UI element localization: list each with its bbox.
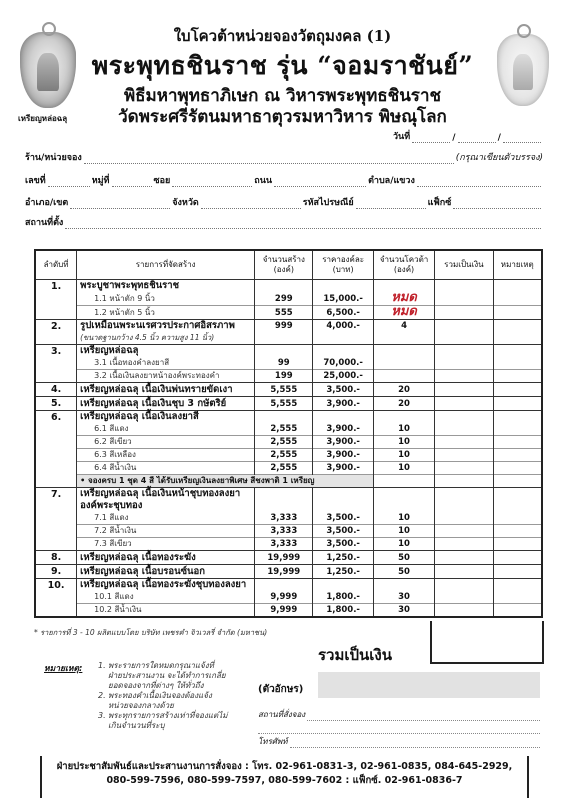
table-row: 9.เหรียญหล่อฉลุ เนื้อบรอนซ์นอก19,9991,25… (35, 565, 542, 579)
qty-cell: 9,999 (255, 591, 313, 604)
remark-cell[interactable] (493, 475, 542, 488)
province-label: จังหวัด (172, 195, 199, 209)
location-row: สถานที่ตั้ง (25, 215, 543, 229)
table-row: 8.เหรียญหล่อฉลุ เนื้อทองระฆัง19,9991,250… (35, 551, 542, 565)
sub-item-label: 7.2 สีน้ำเงิน (77, 525, 255, 538)
remark-number: 2. (98, 691, 108, 711)
price-cell: 3,500.- (313, 525, 373, 538)
sub-item-text: 7.2 สีน้ำเงิน (80, 526, 136, 535)
sub-item-label: 6.3 สีเหลือง (77, 449, 255, 462)
remark-cell[interactable] (493, 512, 542, 525)
table-row: 6.1 สีแดง2,5553,900.-10 (35, 423, 542, 436)
table-row: 1.2 หน้าตัก 5 นิ้ว5556,500.-หมด (35, 306, 542, 320)
subtitle-temple: วัดพระศรีรัตนมหาธาตุวรมหาวิหาร พิษณุโลก (0, 103, 565, 130)
row-number: 2. (35, 320, 77, 345)
qty-cell: 555 (255, 306, 313, 320)
column-header: จำนวนโควต้า (องค์) (373, 250, 434, 280)
quota-cell[interactable]: 4 (373, 320, 434, 333)
qty-cell (255, 579, 313, 592)
date-label: วันที่ (393, 129, 410, 143)
qty-cell: 3,333 (255, 525, 313, 538)
qty-cell (255, 411, 313, 424)
sub-item-text: 1.2 หน้าตัก 5 นิ้ว (80, 308, 155, 317)
phone-field[interactable] (290, 739, 541, 748)
empty-cell[interactable] (493, 500, 542, 512)
total-cell[interactable] (435, 292, 493, 306)
subdistrict-field[interactable] (417, 177, 541, 187)
quota-cell[interactable] (373, 579, 434, 592)
table-row: 6.3 สีเหลือง2,5553,900.-10 (35, 449, 542, 462)
row-title: เหรียญหล่อฉลุ เนื้อเงินหน้าชุบทองลงยา (77, 488, 255, 501)
qty-cell: 19,999 (255, 565, 313, 579)
sub-item-text: 7.1 สีแดง (80, 513, 128, 522)
price-cell: 1,800.- (313, 604, 373, 618)
remark-cell[interactable] (493, 383, 542, 397)
promo-note: • จองครบ 1 ชุด 4 สี ได้รับเหรียญเงินลงยา… (77, 475, 374, 488)
sub-item-label: 7.3 สีเขียว (77, 538, 255, 551)
quota-cell[interactable]: 50 (373, 565, 434, 579)
row-note: (ขนาดฐานกว้าง 4.5 นิ้ว ความสูง 11 นิ้ว) (77, 332, 255, 345)
column-header: หมายเหตุ (493, 250, 542, 280)
remark-cell[interactable] (493, 345, 542, 358)
remark-cell[interactable] (493, 306, 542, 320)
item-title: พระบูชาพระพุทธชินราช (80, 280, 179, 291)
house-no-label: เลขที่ (25, 173, 46, 187)
sub-item-label: 3.1 เนื้อทองคำลงยาสี (77, 357, 255, 370)
sub-item-text: 6.4 สีน้ำเงิน (80, 463, 136, 472)
table-row: 2.รูปเหมือนพระนเรศวรประกาศอิสรภาพ9994,00… (35, 320, 542, 333)
quota-cell[interactable]: 10 (373, 423, 434, 436)
table-row: 7.3 สีเขียว3,3333,500.-10 (35, 538, 542, 551)
row-number: 6. (35, 411, 77, 488)
sold-out-stamp: หมด (391, 304, 417, 319)
sub-item-label: 6.4 สีน้ำเงิน (77, 462, 255, 475)
remark-text: พระทองคำเนื้อเงินจองต้องแจ้งหน่วยจองกลาง… (108, 691, 228, 711)
address-row-1: เลขที่ หมู่ที่ ซอย ถนน ตำบล/แขวง (25, 173, 543, 187)
total-cell[interactable] (435, 320, 493, 333)
price-cell: 3,500.- (313, 383, 373, 397)
price-cell: 1,800.- (313, 591, 373, 604)
remark-item: 3.พระทุกรายการสร้างเท่าที่จองแต่ไม่เกินจ… (98, 711, 228, 731)
contact-line-1: ฝ่ายประชาสัมพันธ์และประสานงานการสั่งจอง … (42, 760, 527, 774)
price-cell: 3,500.- (313, 512, 373, 525)
price-cell: 25,000.- (313, 370, 373, 383)
quota-cell[interactable]: 10 (373, 462, 434, 475)
place-row: สถานที่สั่งจอง (258, 709, 540, 721)
item-title: เหรียญหล่อฉลุ เนื้อเงินพ่นทรายขัดเงา (80, 384, 232, 395)
column-header: ราคาองค์ละ (บาท) (313, 250, 373, 280)
total-cell[interactable] (435, 383, 493, 397)
shop-field[interactable] (84, 154, 454, 164)
qty-cell: 3,333 (255, 538, 313, 551)
row-number: 8. (35, 551, 77, 565)
sub-item-text: 6.3 สีเหลือง (80, 450, 136, 459)
row-number: 7. (35, 488, 77, 551)
place-field[interactable] (307, 712, 540, 721)
total-cell[interactable] (435, 449, 493, 462)
row-number: 5. (35, 397, 77, 411)
item-title: เหรียญหล่อฉลุ เนื้อเงินชุบ 3 กษัตริย์ (80, 398, 226, 409)
empty-cell (255, 332, 313, 345)
quota-cell[interactable]: 10 (373, 436, 434, 449)
item-note: (ขนาดฐานกว้าง 4.5 นิ้ว ความสูง 11 นิ้ว) (80, 333, 214, 342)
house-no-field[interactable] (48, 177, 90, 187)
quota-value: 30 (398, 592, 410, 602)
remark-cell[interactable] (493, 436, 542, 449)
amount-in-words-field[interactable] (318, 672, 540, 698)
price-cell: 3,900.- (313, 436, 373, 449)
quota-value: 30 (398, 605, 410, 615)
total-cell[interactable] (435, 551, 493, 565)
row-title: เหรียญหล่อฉลุ เนื้อเงินชุบ 3 กษัตริย์ (77, 397, 255, 411)
remark-cell[interactable] (493, 411, 542, 424)
remark-cell[interactable] (493, 292, 542, 306)
quota-value: 10 (398, 450, 410, 460)
empty-cell (313, 332, 373, 345)
sub-item-text: 10.1 สีแดง (80, 592, 134, 601)
total-cell[interactable] (435, 411, 493, 424)
postcode-label: รหัสไปรษณีย์ (303, 195, 354, 209)
table-row: • จองครบ 1 ชุด 4 สี ได้รับเหรียญเงินลงยา… (35, 475, 542, 488)
price-cell (313, 488, 373, 501)
quota-value: 10 (398, 513, 410, 523)
row-number: 9. (35, 565, 77, 579)
remark-cell[interactable] (493, 462, 542, 475)
road-field[interactable] (274, 177, 366, 187)
date-day-field[interactable] (412, 133, 450, 143)
price-cell: 3,900.- (313, 423, 373, 436)
shop-row: ร้าน/หน่วยจอง (กรุณาเขียนตัวบรรจง) (25, 150, 543, 164)
province-field[interactable] (201, 199, 301, 209)
qty-cell (255, 280, 313, 293)
remarks-list: 1.พระรายการใดหมดกรุณาแจ้งที่ ฝ่ายประสานง… (98, 661, 228, 731)
price-cell: 3,900.- (313, 449, 373, 462)
remark-cell[interactable] (493, 357, 542, 370)
fax-label: แฟ็กซ์ (428, 195, 452, 209)
sub-item-label: 10.2 สีน้ำเงิน (77, 604, 255, 618)
sub-item-label: 10.1 สีแดง (77, 591, 255, 604)
remark-cell[interactable] (493, 538, 542, 551)
footnote: * รายการที่ 3 - 10 ผลิตแบบโดย บริษัท เพช… (34, 627, 267, 639)
quota-value: 10 (398, 437, 410, 447)
empty-cell[interactable] (373, 332, 434, 345)
subdistrict-label: ตำบล/แขวง (368, 173, 415, 187)
sub-item-text: 6.2 สีเขียว (80, 437, 132, 446)
qty-cell: 2,555 (255, 423, 313, 436)
qty-cell: 19,999 (255, 551, 313, 565)
quota-cell[interactable]: หมด (373, 306, 434, 320)
remark-cell[interactable] (493, 591, 542, 604)
remark-cell[interactable] (493, 449, 542, 462)
quota-cell[interactable] (373, 345, 434, 358)
postcode-field[interactable] (356, 199, 426, 209)
quota-cell[interactable] (373, 357, 434, 370)
price-cell: 15,000.- (313, 292, 373, 306)
table-row: 10.เหรียญหล่อฉลุ เนื้อทองระฆังชุบทองลงยา (35, 579, 542, 592)
empty-cell[interactable] (435, 500, 493, 512)
quota-cell[interactable]: 10 (373, 525, 434, 538)
total-cell[interactable] (435, 604, 493, 618)
quota-cell[interactable]: 30 (373, 604, 434, 618)
shop-label: ร้าน/หน่วยจอง (25, 150, 82, 164)
qty-cell: 5,555 (255, 383, 313, 397)
qty-cell: 2,555 (255, 462, 313, 475)
item-title: เหรียญหล่อฉลุ เนื้อทองระฆังชุบทองลงยา (80, 579, 246, 590)
table-row: 3.1 เนื้อทองคำลงยาสี9970,000.- (35, 357, 542, 370)
date-year-field[interactable] (503, 133, 541, 143)
price-cell: 1,250.- (313, 565, 373, 579)
price-cell (313, 280, 373, 293)
date-month-field[interactable] (458, 133, 496, 143)
remark-cell[interactable] (493, 397, 542, 411)
column-header: ลำดับที่ (35, 250, 77, 280)
total-cell[interactable] (435, 525, 493, 538)
qty-cell: 999 (255, 320, 313, 333)
remark-number: 3. (98, 711, 108, 731)
item-title: เหรียญหล่อฉลุ เนื้อบรอนซ์นอก (80, 566, 205, 577)
qty-cell: 9,999 (255, 604, 313, 618)
remark-cell[interactable] (493, 565, 542, 579)
item-title: เหรียญหล่อฉลุ (80, 345, 138, 356)
remark-cell[interactable] (493, 551, 542, 565)
total-cell[interactable] (435, 488, 493, 501)
row-number: 10. (35, 579, 77, 618)
row-title: รูปเหมือนพระนเรศวรประกาศอิสรภาพ (77, 320, 255, 333)
total-label: รวมเป็นเงิน (318, 643, 392, 667)
table-row: 5.เหรียญหล่อฉลุ เนื้อเงินชุบ 3 กษัตริย์5… (35, 397, 542, 411)
amount-in-words-label: (ตัวอักษร) (258, 682, 303, 697)
table-row: 3.เหรียญหล่อฉลุ (35, 345, 542, 358)
price-cell: 1,250.- (313, 551, 373, 565)
remark-cell[interactable] (493, 525, 542, 538)
price-cell: 3,900.- (313, 462, 373, 475)
total-cell[interactable] (435, 357, 493, 370)
form-title: ใบโควต้าหน่วยจองวัตถุมงคล (1) (0, 24, 565, 48)
total-cell[interactable] (435, 370, 493, 383)
order-table: ลำดับที่รายการที่จัดสร้างจำนวนสร้าง (องค… (34, 249, 543, 618)
sub-item-label: 3.2 เนื้อเงินลงยาหน้าองค์พระทองคำ (77, 370, 255, 383)
total-cell[interactable] (435, 475, 493, 488)
total-amount-field[interactable] (430, 621, 544, 664)
total-cell[interactable] (435, 280, 493, 293)
price-cell (313, 411, 373, 424)
sub-item-label: 1.1 หน้าตัก 9 นิ้ว (77, 292, 255, 306)
remarks-title: หมายเหตุ: (44, 661, 82, 675)
soi-label: ซอย (154, 173, 171, 187)
quota-value: 10 (398, 424, 410, 434)
total-cell[interactable] (435, 462, 493, 475)
fax-field[interactable] (453, 199, 541, 209)
price-cell (313, 345, 373, 358)
price-cell: 3,900.- (313, 397, 373, 411)
price-cell: 6,500.- (313, 306, 373, 320)
quota-cell[interactable] (373, 488, 434, 501)
place-row-2 (258, 722, 540, 734)
price-cell: 4,000.- (313, 320, 373, 333)
item-title-2: องค์พระชุบทอง (80, 500, 142, 511)
qty-cell: 5,555 (255, 397, 313, 411)
quota-cell[interactable]: 10 (373, 512, 434, 525)
empty-cell[interactable] (435, 332, 493, 345)
table-row: องค์พระชุบทอง (35, 500, 542, 512)
sub-item-text: 3.1 เนื้อทองคำลงยาสี (80, 358, 169, 367)
remark-cell[interactable] (493, 280, 542, 293)
soi-field[interactable] (172, 177, 252, 187)
phone-row: โทรศัพท์ (258, 736, 540, 748)
qty-cell: 2,555 (255, 449, 313, 462)
remark-number: 1. (98, 661, 108, 691)
table-row: 6.2 สีเขียว2,5553,900.-10 (35, 436, 542, 449)
district-field[interactable] (70, 199, 170, 209)
total-cell[interactable] (435, 591, 493, 604)
remark-text: พระรายการใดหมดกรุณาแจ้งที่ ฝ่ายประสานงาน… (108, 661, 228, 691)
remark-item: 1.พระรายการใดหมดกรุณาแจ้งที่ ฝ่ายประสานง… (98, 661, 228, 691)
row-title: เหรียญหล่อฉลุ เนื้อบรอนซ์นอก (77, 565, 255, 579)
row-number: 4. (35, 383, 77, 397)
row-title: พระบูชาพระพุทธชินราช (77, 280, 255, 293)
remark-cell[interactable] (493, 370, 542, 383)
sold-out-stamp: หมด (391, 290, 417, 305)
sub-item-label: 6.2 สีเขียว (77, 436, 255, 449)
remark-text: พระทุกรายการสร้างเท่าที่จองแต่ไม่เกินจำน… (108, 711, 228, 731)
contact-info: ฝ่ายประชาสัมพันธ์และประสานงานการสั่งจอง … (40, 756, 529, 798)
table-row: 7.เหรียญหล่อฉลุ เนื้อเงินหน้าชุบทองลงยา (35, 488, 542, 501)
qty-cell (255, 488, 313, 501)
total-cell[interactable] (435, 538, 493, 551)
road-label: ถนน (254, 173, 272, 187)
row-number: 1. (35, 280, 77, 320)
table-row: 10.1 สีแดง9,9991,800.-30 (35, 591, 542, 604)
qty-cell: 99 (255, 357, 313, 370)
item-title: เหรียญหล่อฉลุ เนื้อเงินลงยาสี (80, 411, 199, 422)
sub-item-text: 6.1 สีแดง (80, 424, 128, 433)
place-field-2[interactable] (258, 725, 540, 734)
price-cell: 3,500.- (313, 538, 373, 551)
table-row: (ขนาดฐานกว้าง 4.5 นิ้ว ความสูง 11 นิ้ว) (35, 332, 542, 345)
table-row: 7.1 สีแดง3,3333,500.-10 (35, 512, 542, 525)
sub-item-text: 3.2 เนื้อเงินลงยาหน้าองค์พระทองคำ (80, 371, 219, 380)
total-cell[interactable] (435, 306, 493, 320)
sub-item-label: 6.1 สีแดง (77, 423, 255, 436)
location-label: สถานที่ตั้ง (25, 215, 63, 229)
qty-cell: 2,555 (255, 436, 313, 449)
qty-cell (255, 345, 313, 358)
item-title: เหรียญหล่อฉลุ เนื้อทองระฆัง (80, 552, 196, 563)
column-header: จำนวนสร้าง (องค์) (255, 250, 313, 280)
place-label: สถานที่สั่งจอง (258, 708, 305, 721)
total-cell[interactable] (435, 345, 493, 358)
quota-cell[interactable]: 20 (373, 397, 434, 411)
column-header: รวมเป็นเงิน (435, 250, 493, 280)
qty-cell: 299 (255, 292, 313, 306)
row-title: เหรียญหล่อฉลุ เนื้อเงินลงยาสี (77, 411, 255, 424)
table-row: 3.2 เนื้อเงินลงยาหน้าองค์พระทองคำ19925,0… (35, 370, 542, 383)
empty-cell (255, 500, 313, 512)
shop-hint: (กรุณาเขียนตัวบรรจง) (456, 150, 543, 164)
remark-cell[interactable] (493, 579, 542, 592)
row-title: เหรียญหล่อฉลุ (77, 345, 255, 358)
quota-value: 10 (398, 526, 410, 536)
total-cell[interactable] (435, 436, 493, 449)
empty-cell (313, 500, 373, 512)
total-cell[interactable] (435, 512, 493, 525)
quota-cell[interactable]: 50 (373, 551, 434, 565)
moo-field[interactable] (112, 177, 152, 187)
total-cell[interactable] (435, 579, 493, 592)
sub-item-text: 1.1 หน้าตัก 9 นิ้ว (80, 294, 155, 303)
quota-cell[interactable]: 20 (373, 383, 434, 397)
empty-cell[interactable] (373, 500, 434, 512)
price-cell (313, 579, 373, 592)
row-title-cont: องค์พระชุบทอง (77, 500, 255, 512)
table-row: 6.4 สีน้ำเงิน2,5553,900.-10 (35, 462, 542, 475)
quota-cell[interactable] (373, 411, 434, 424)
remark-cell[interactable] (493, 423, 542, 436)
table-row: 10.2 สีน้ำเงิน9,9991,800.-30 (35, 604, 542, 618)
column-header: รายการที่จัดสร้าง (77, 250, 255, 280)
total-cell[interactable] (435, 423, 493, 436)
item-title: รูปเหมือนพระนเรศวรประกาศอิสรภาพ (80, 320, 235, 331)
sub-item-label: 1.2 หน้าตัก 5 นิ้ว (77, 306, 255, 320)
phone-label: โทรศัพท์ (258, 735, 288, 748)
row-title: เหรียญหล่อฉลุ เนื้อทองระฆัง (77, 551, 255, 565)
remark-cell[interactable] (493, 320, 542, 333)
quota-cell[interactable]: 10 (373, 538, 434, 551)
table-row: 6.เหรียญหล่อฉลุ เนื้อเงินลงยาสี (35, 411, 542, 424)
remark-cell[interactable] (493, 604, 542, 618)
table-row: 1.พระบูชาพระพุทธชินราช (35, 280, 542, 293)
quota-cell[interactable]: 10 (373, 449, 434, 462)
total-cell[interactable] (435, 565, 493, 579)
row-title: เหรียญหล่อฉลุ เนื้อทองระฆังชุบทองลงยา (77, 579, 255, 592)
qty-cell: 199 (255, 370, 313, 383)
quota-cell[interactable] (373, 370, 434, 383)
table-header-row: ลำดับที่รายการที่จัดสร้างจำนวนสร้าง (องค… (35, 250, 542, 280)
empty-cell[interactable] (493, 332, 542, 345)
district-label: อำเภอ/เขต (25, 195, 68, 209)
table-row: 7.2 สีน้ำเงิน3,3333,500.-10 (35, 525, 542, 538)
sub-item-text: 10.2 สีน้ำเงิน (80, 605, 141, 614)
table-row: 4.เหรียญหล่อฉลุ เนื้อเงินพ่นทรายขัดเงา5,… (35, 383, 542, 397)
quota-cell[interactable]: 30 (373, 591, 434, 604)
price-cell: 70,000.- (313, 357, 373, 370)
moo-label: หมู่ที่ (92, 173, 110, 187)
remark-item: 2.พระทองคำเนื้อเงินจองต้องแจ้งหน่วยจองกล… (98, 691, 228, 711)
qty-cell: 3,333 (255, 512, 313, 525)
item-title: เหรียญหล่อฉลุ เนื้อเงินหน้าชุบทองลงยา (80, 488, 240, 499)
table-row: 1.1 หน้าตัก 9 นิ้ว29915,000.-หมด (35, 292, 542, 306)
contact-line-2: 080-599-7596, 080-599-7597, 080-599-7602… (42, 774, 527, 788)
sub-item-label: 7.1 สีแดง (77, 512, 255, 525)
remark-cell[interactable] (493, 488, 542, 501)
row-title: เหรียญหล่อฉลุ เนื้อเงินพ่นทรายขัดเงา (77, 383, 255, 397)
page-title: พระพุทธชินราช รุ่น “จอมราชันย์” (0, 46, 565, 86)
total-cell[interactable] (435, 397, 493, 411)
address-row-2: อำเภอ/เขต จังหวัด รหัสไปรษณีย์ แฟ็กซ์ (25, 195, 543, 209)
location-field[interactable] (65, 219, 541, 229)
quota-value: 10 (398, 539, 410, 549)
quota-value: 10 (398, 463, 410, 473)
sub-item-text: 7.3 สีเขียว (80, 539, 132, 548)
row-number: 3. (35, 345, 77, 383)
quota-cell[interactable] (373, 475, 434, 488)
date-row: วันที่ / / (393, 129, 543, 143)
